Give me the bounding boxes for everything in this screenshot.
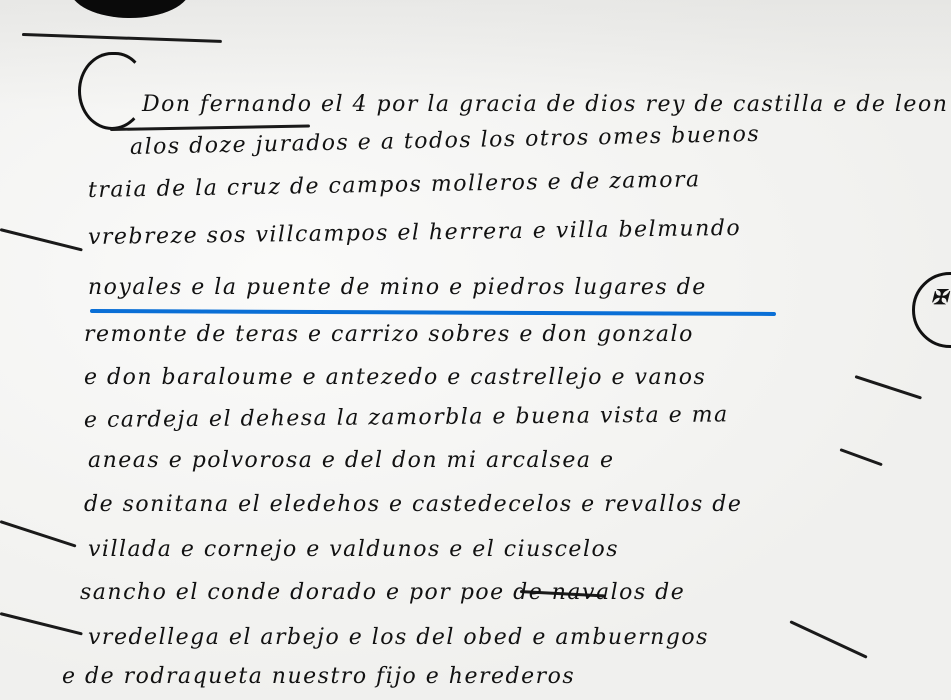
manuscript-line: e de rodraqueta nuestro fijo e herederos — [62, 664, 575, 689]
manuscript-line: de sonitana el eledehos e castedecelos e… — [84, 492, 742, 517]
seal-right-margin: ✠ — [912, 272, 951, 348]
manuscript-line: villada e cornejo e valdunos e el ciusce… — [88, 537, 619, 562]
manuscript-line: e don baraloume e antezedo e castrellejo… — [84, 365, 706, 390]
manuscript-line: remonte de teras e carrizo sobres e don … — [84, 322, 694, 347]
manuscript-line: Don fernando el 4 por la gracia de dios … — [142, 92, 948, 117]
initial-letter-d — [78, 52, 146, 130]
pen-flourish-1 — [110, 125, 310, 131]
manuscript-line: sancho el conde dorado e por poe de nava… — [80, 580, 685, 605]
margin-flourish-2 — [855, 375, 923, 399]
manuscript-line-highlighted: noyales e la puente de mino e piedros lu… — [88, 275, 707, 300]
manuscript-page: ✠ Don fernando el 4 por la gracia de dio… — [0, 0, 951, 700]
highlight-underline — [90, 309, 776, 316]
manuscript-line: traia de la cruz de campos molleros e de… — [88, 167, 701, 203]
seal-mark: ✠ — [931, 285, 948, 309]
margin-flourish-1 — [0, 228, 83, 251]
manuscript-line: aneas e polvorosa e del don mi arcalsea … — [88, 448, 615, 473]
manuscript-line: vredellega el arbejo e los del obed e am… — [88, 625, 709, 650]
margin-flourish-4 — [0, 520, 77, 548]
manuscript-line: e cardeja el dehesa la zamorbla e buena … — [84, 402, 729, 433]
margin-flourish-6 — [789, 620, 867, 659]
margin-flourish-5 — [0, 612, 83, 635]
margin-flourish-3 — [839, 448, 882, 466]
manuscript-line: vrebreze sos villcampos el herrera e vil… — [88, 216, 741, 250]
